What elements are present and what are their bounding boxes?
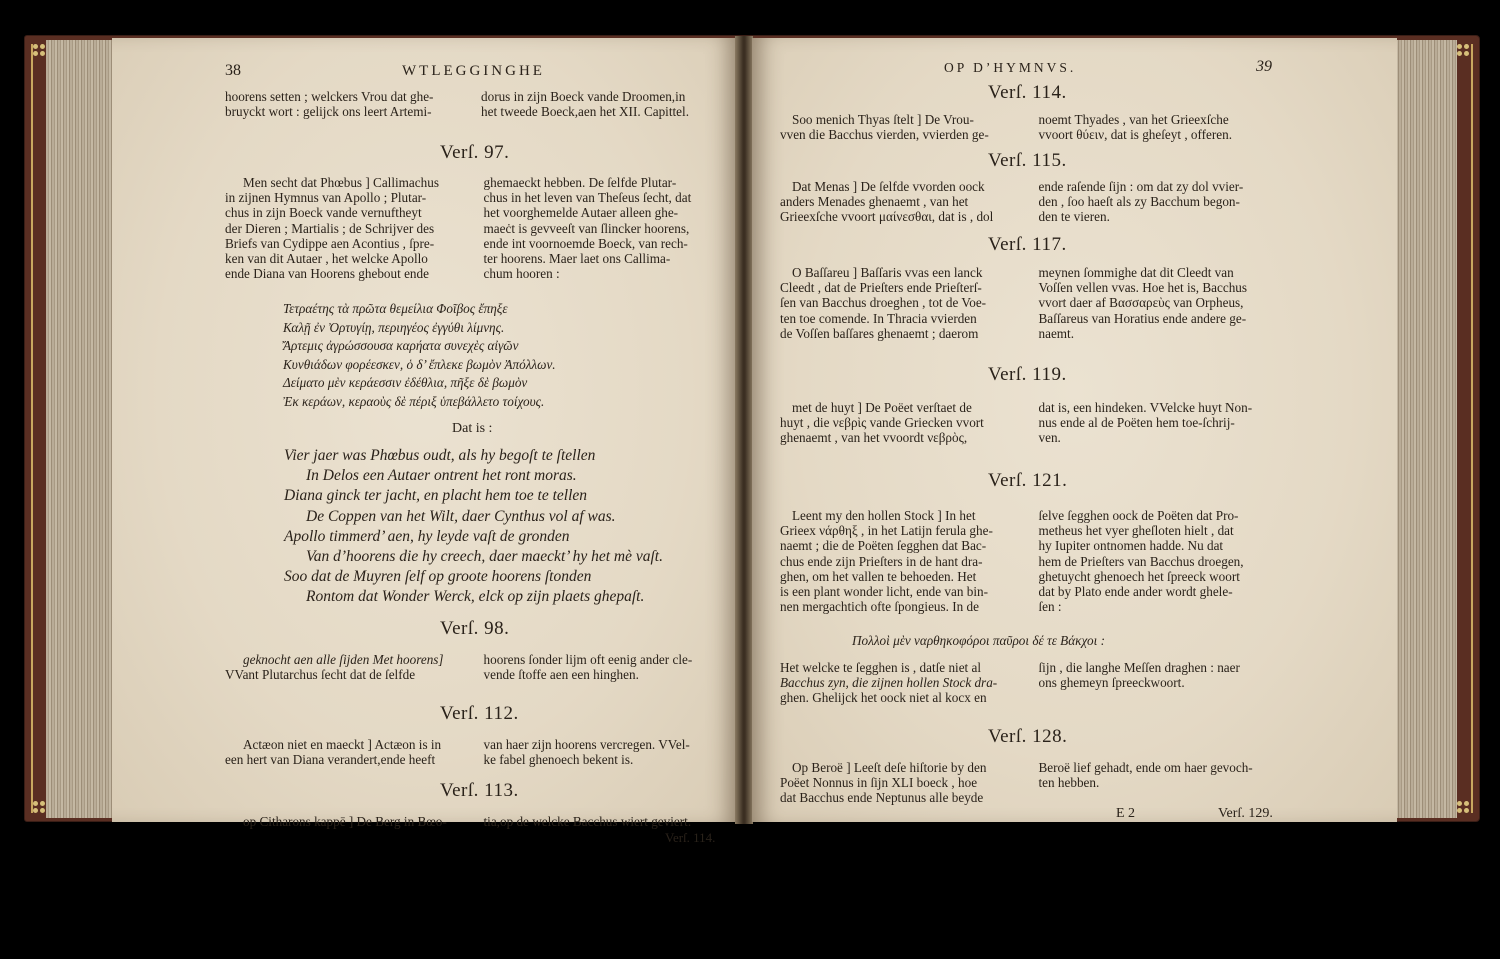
text-line: ghetuycht ghenoech het ſpreeck woort [1039, 569, 1286, 584]
text-line: dat Bacchus ende Neptunus alle beyde [780, 790, 1027, 805]
text-line: ghen, om het vallen te behoeden. Het [780, 569, 1027, 584]
text-line: ten hebben. [1039, 775, 1286, 790]
text-line: vvort daer af Βασσαρεὺς van Orpheus, [1039, 295, 1286, 310]
verse-117-commentary: O Baſſareu ] Baſſaris vvas een lanck Cle… [780, 265, 1285, 341]
text-line: ken van dit Autaer , het welcke Apollo [225, 251, 472, 266]
text-line: vvoort θύειν, dat is gheſeyt , offeren. [1039, 127, 1286, 142]
gilt-corner-ornament [1457, 44, 1471, 58]
verse-heading-112: Verſ. 112. [440, 703, 519, 725]
page-edges-right [1393, 40, 1457, 818]
right-page[interactable]: OP D’HYMNVS. 39 Verſ. 114. Soo menich Th… [752, 38, 1397, 822]
text-line: ende Diana van Hoorens ghebout ende [225, 266, 472, 281]
text-column: op Citharons kappē ] De Berg in Bœo- [225, 814, 472, 829]
dutch-poem-translation: Vier jaer was Phœbus oudt, als hy begoſt… [284, 446, 663, 608]
text-line: ons ghemeyn ſpreeckwoort. [1039, 675, 1286, 690]
text-column: dorus in zijn Boeck vande Droomen,in het… [481, 89, 725, 119]
verse-121-continuation: Het welcke te ſegghen is , datſe niet al… [780, 660, 1285, 706]
text-line: dat is, een hindeken. VVelcke huyt Non- [1039, 400, 1286, 415]
greek-line: Καλῇ ἐν Ὀρτυγίῃ, περιηγέος ἐγγύθι λίμνης… [283, 319, 556, 338]
text-column: ſijn , die langhe Meſſen draghen : naer … [1039, 660, 1286, 706]
text-line: meynen ſommighe dat dit Cleedt van [1039, 265, 1286, 280]
text-line: O Baſſareu ] Baſſaris vvas een lanck [780, 265, 1027, 280]
page-number: 39 [1256, 58, 1272, 76]
text-column: noemt Thyades , van het Grieexſche vvoor… [1039, 112, 1286, 142]
poem-line: Vier jaer was Phœbus oudt, als hy begoſt… [284, 446, 663, 466]
text-line: nen mergachtich ofte ſpongieus. In de [780, 599, 1027, 614]
text-line: Soo menich Thyas ſtelt ] De Vrou- [780, 112, 1027, 127]
text-line: ſijn , die langhe Meſſen draghen : naer [1039, 660, 1286, 675]
text-line: chus in zijn Boeck vande vernuftheyt [225, 205, 472, 220]
verse-115-commentary: Dat Menas ] De ſelfde vvorden oock ander… [780, 179, 1285, 225]
text-line: ghenaemt , van het vvoordt νεβρὸς, [780, 430, 1027, 445]
text-line: chum hooren : [484, 266, 731, 281]
text-line: naemt. [1039, 326, 1286, 341]
greek-line: Κυνθιάδων φορέεσκεν, ὁ δ’ ἔπλεκε βωμὸν Ἀ… [283, 356, 556, 375]
text-line: hoorens ſonder lijm oft eenig ander cle- [484, 652, 731, 667]
text-column: Leent my den hollen Stock ] In het Griee… [780, 508, 1027, 614]
verse-119-commentary: met de huyt ] De Poëet verſtaet de huyt … [780, 400, 1285, 446]
text-line: het voorghemelde Autaer alleen ghe- [484, 205, 731, 220]
verse-114-commentary: Soo menich Thyas ſtelt ] De Vrou- vven d… [780, 112, 1285, 142]
poem-line: Soo dat de Muyren ſelf op groote hoorens… [284, 567, 663, 587]
gilt-fillet [31, 44, 33, 813]
text-line: vende ſtoffe aen een hinghen. [484, 667, 731, 682]
verse-121-commentary: Leent my den hollen Stock ] In het Griee… [780, 508, 1285, 614]
text-line: hoorens setten ; welckers Vrou dat ghe- [225, 89, 469, 104]
greek-quotation: Τετραέτης τὰ πρῶτα θεμείλια Φοῖβος ἔπηξε… [283, 300, 556, 411]
text-column: dat is, een hindeken. VVelcke huyt Non- … [1039, 400, 1286, 446]
left-page[interactable]: 38 WTLEGGINGHE hoorens setten ; welckers… [112, 38, 737, 822]
verse-heading-115: Verſ. 115. [988, 150, 1067, 172]
text-line: de Voſſen baſſares ghenaemt ; daerom [780, 326, 1027, 341]
intro-paragraph: hoorens setten ; welckers Vrou dat ghe- … [225, 89, 725, 119]
text-column: ſelve ſegghen oock de Poëten dat Pro- me… [1039, 508, 1286, 614]
poem-line: In Delos een Autaer ontrent het ront mor… [284, 466, 663, 486]
text-line: nus ende al de Poëten hem toe-ſchrij- [1039, 415, 1286, 430]
dat-is-label: Dat is : [452, 421, 492, 437]
text-line: naemt ; die de Poëten ſegghen dat Bac- [780, 538, 1027, 553]
text-line: maeċt is gevveeſt van ſlincker hoorens, [484, 221, 731, 236]
text-line: dat by Plato ende ander wordt ghele- [1039, 584, 1286, 599]
text-line: ke fabel ghenoech bekent is. [484, 752, 731, 767]
text-line: het tweede Boeck,aen het XII. Capittel. [481, 104, 725, 119]
greek-line: Τετραέτης τὰ πρῶτα θεμείλια Φοῖβος ἔπηξε [283, 300, 556, 319]
text-column: ende raſende ſijn : om dat zy dol vvier-… [1039, 179, 1286, 225]
greek-line: Ἐκ κεράων, κεραοὺς δὲ πέριξ ὑπεβάλλετο τ… [283, 393, 556, 412]
text-column: Men secht dat Phœbus ] Callimachus in zi… [225, 175, 472, 281]
text-column: meynen ſommighe dat dit Cleedt van Voſſe… [1039, 265, 1286, 341]
text-column: van haer zijn hoorens vercregen. VVel- k… [484, 737, 731, 767]
book-gutter [735, 36, 753, 824]
text-line: ſelve ſegghen oock de Poëten dat Pro- [1039, 508, 1286, 523]
poem-line: Rontom dat Wonder Werck, elck op zijn pl… [284, 587, 663, 607]
running-head: WTLEGGINGHE [402, 63, 545, 80]
verse-128-commentary: Op Beroë ] Leeſt deſe hiſtorie by den Po… [780, 760, 1285, 806]
signature-mark: E 2 [1116, 806, 1135, 822]
text-line: huyt , die νεβρὶς vande Griecken vvort [780, 415, 1027, 430]
catchword: Verſ. 129. [1218, 806, 1273, 822]
verse-heading-97: Verſ. 97. [440, 142, 509, 164]
text-column: geknocht aen alle ſijden Met hoorens] VV… [225, 652, 472, 682]
verse-98-commentary: geknocht aen alle ſijden Met hoorens] VV… [225, 652, 730, 682]
text-line: ſen van Bacchus droeghen , tot de Voe- [780, 295, 1027, 310]
text-line: ter hoorens. Maer laet ons Callima- [484, 251, 731, 266]
greek-line: Δείματο μὲν κεράεσσιν ἐδέθλια, πῆξε δὲ β… [283, 374, 556, 393]
text-line: ten toe comende. In Thracia vvierden [780, 311, 1027, 326]
page-edges-left [46, 40, 114, 818]
poem-line: Diana ginck ter jacht, en placht hem toe… [284, 486, 663, 506]
text-line: dorus in zijn Boeck vande Droomen,in [481, 89, 725, 104]
verse-112-commentary: Actæon niet en maeckt ] Actæon is in een… [225, 737, 730, 767]
poem-line: Van d’hoorens die hy creech, daer maeckt… [284, 547, 663, 567]
text-column: ghemaeckt hebben. De ſelfde Plutar- chus… [484, 175, 731, 281]
text-column: met de huyt ] De Poëet verſtaet de huyt … [780, 400, 1027, 446]
text-line: der Dieren ; Martialis ; de Schrijver de… [225, 221, 472, 236]
text-line: geknocht aen alle ſijden Met hoorens] [225, 652, 472, 667]
text-column: hoorens ſonder lijm oft eenig ander cle-… [484, 652, 731, 682]
page-number: 38 [225, 62, 241, 80]
text-line: een hert van Diana verandert,ende heeft [225, 752, 472, 767]
text-line: Briefs van Cydippe aen Acontius , ſpre- [225, 236, 472, 251]
verse-heading-121: Verſ. 121. [988, 470, 1067, 492]
text-line: Actæon niet en maeckt ] Actæon is in [225, 737, 472, 752]
verse-heading-119: Verſ. 119. [988, 364, 1067, 386]
text-line: ghemaeckt hebben. De ſelfde Plutar- [484, 175, 731, 190]
text-column: Het welcke te ſegghen is , datſe niet al… [780, 660, 1027, 706]
text-line: Beroë lief gehadt, ende om haer gevoch- [1039, 760, 1286, 775]
text-line: Poëet Nonnus in ſijn XLI boeck , hoe [780, 775, 1027, 790]
text-column: hoorens setten ; welckers Vrou dat ghe- … [225, 89, 469, 119]
verse-heading-98: Verſ. 98. [440, 618, 509, 640]
text-line: Men secht dat Phœbus ] Callimachus [225, 175, 472, 190]
text-line: den te vieren. [1039, 209, 1286, 224]
text-column: Dat Menas ] De ſelfde vvorden oock ander… [780, 179, 1027, 225]
text-line: ſen : [1039, 599, 1286, 614]
text-line: den , ſoo haeſt als zy Bacchum begon- [1039, 194, 1286, 209]
text-line: hem de Prieſters van Bacchus droegen, [1039, 554, 1286, 569]
text-line: noemt Thyades , van het Grieexſche [1039, 112, 1286, 127]
text-line: chus ende zijn Prieſters in de hant dra- [780, 554, 1027, 569]
text-line: metheus het vyer gheſloten hielt , dat [1039, 523, 1286, 538]
text-line: Baſſareus van Horatius ende andere ge- [1039, 311, 1286, 326]
text-line: tia,op de welcke Bacchus wiert geviert. [484, 814, 731, 829]
poem-line: De Coppen van het Wilt, daer Cynthus vol… [284, 507, 663, 527]
text-line: ven. [1039, 430, 1286, 445]
gilt-corner-ornament [33, 801, 47, 815]
text-line: bruyckt wort : gelijck ons leert Artemi- [225, 104, 469, 119]
verse-heading-117: Verſ. 117. [988, 234, 1067, 256]
verse-heading-113: Verſ. 113. [440, 780, 519, 802]
catchword: Verſ. 114. [665, 830, 715, 846]
verse-97-commentary: Men secht dat Phœbus ] Callimachus in zi… [225, 175, 730, 281]
text-line: anders Menades ghenaemt , van het [780, 194, 1027, 209]
text-line: Bacchus zyn, die zijnen hollen Stock dra… [780, 675, 1027, 690]
text-line: is een plant wonder licht, ende van bin- [780, 584, 1027, 599]
text-line: Het welcke te ſegghen is , datſe niet al [780, 660, 1027, 675]
text-column: Actæon niet en maeckt ] Actæon is in een… [225, 737, 472, 767]
text-column: Op Beroë ] Leeſt deſe hiſtorie by den Po… [780, 760, 1027, 806]
greek-line: Ἄρτεμις ἀγρώσσουσα καρήατα συνεχὲς αἰγῶν [283, 337, 556, 356]
text-line: met de huyt ] De Poëet verſtaet de [780, 400, 1027, 415]
text-line: Cleedt , dat de Prieſters ende Prieſterſ… [780, 280, 1027, 295]
text-line: Grieex νάρθηξ , in het Latijn ferula ghe… [780, 523, 1027, 538]
text-line: hy Iupiter ontnomen hadde. Nu dat [1039, 538, 1286, 553]
text-column: O Baſſareu ] Baſſaris vvas een lanck Cle… [780, 265, 1027, 341]
text-column: tia,op de welcke Bacchus wiert geviert. [484, 814, 731, 829]
text-line: in zijnen Hymnus van Apollo ; Plutar- [225, 190, 472, 205]
verse-heading-114: Verſ. 114. [988, 82, 1067, 104]
text-line: ghen. Ghelijck het oock niet al kocx en [780, 690, 1027, 705]
text-line: Dat Menas ] De ſelfde vvorden oock [780, 179, 1027, 194]
greek-proverb: Πολλοὶ μὲν ναρθηκοφόροι παῦροι δέ τε Βάκ… [852, 632, 1105, 651]
gilt-fillet [1471, 44, 1473, 813]
text-line: op Citharons kappē ] De Berg in Bœo- [225, 814, 472, 829]
gilt-corner-ornament [1457, 801, 1471, 815]
text-line: Leent my den hollen Stock ] In het [780, 508, 1027, 523]
verse-113-commentary: op Citharons kappē ] De Berg in Bœo- tia… [225, 814, 730, 829]
text-line: vven die Bacchus vierden, vvierden ge- [780, 127, 1027, 142]
text-line: Op Beroë ] Leeſt deſe hiſtorie by den [780, 760, 1027, 775]
text-line: chus in het leven van Theſeus ſecht, dat [484, 190, 731, 205]
poem-line: Apollo timmerd’ aen, hy leyde vaſt de gr… [284, 527, 663, 547]
text-line: van haer zijn hoorens vercregen. VVel- [484, 737, 731, 752]
text-line: Voſſen vellen vvas. Hoe het is, Bacchus [1039, 280, 1286, 295]
running-head: OP D’HYMNVS. [944, 60, 1076, 76]
verse-heading-128: Verſ. 128. [988, 726, 1067, 748]
text-line: ende int voornoemde Boeck, van rech- [484, 236, 731, 251]
text-line: VVant Plutarchus ſecht dat de ſelfde [225, 667, 472, 682]
text-column: Beroë lief gehadt, ende om haer gevoch- … [1039, 760, 1286, 806]
text-line: Grieexſche vvoort μαίνεσθαι, dat is , do… [780, 209, 1027, 224]
text-line: ende raſende ſijn : om dat zy dol vvier- [1039, 179, 1286, 194]
gilt-corner-ornament [33, 44, 47, 58]
text-column: Soo menich Thyas ſtelt ] De Vrou- vven d… [780, 112, 1027, 142]
